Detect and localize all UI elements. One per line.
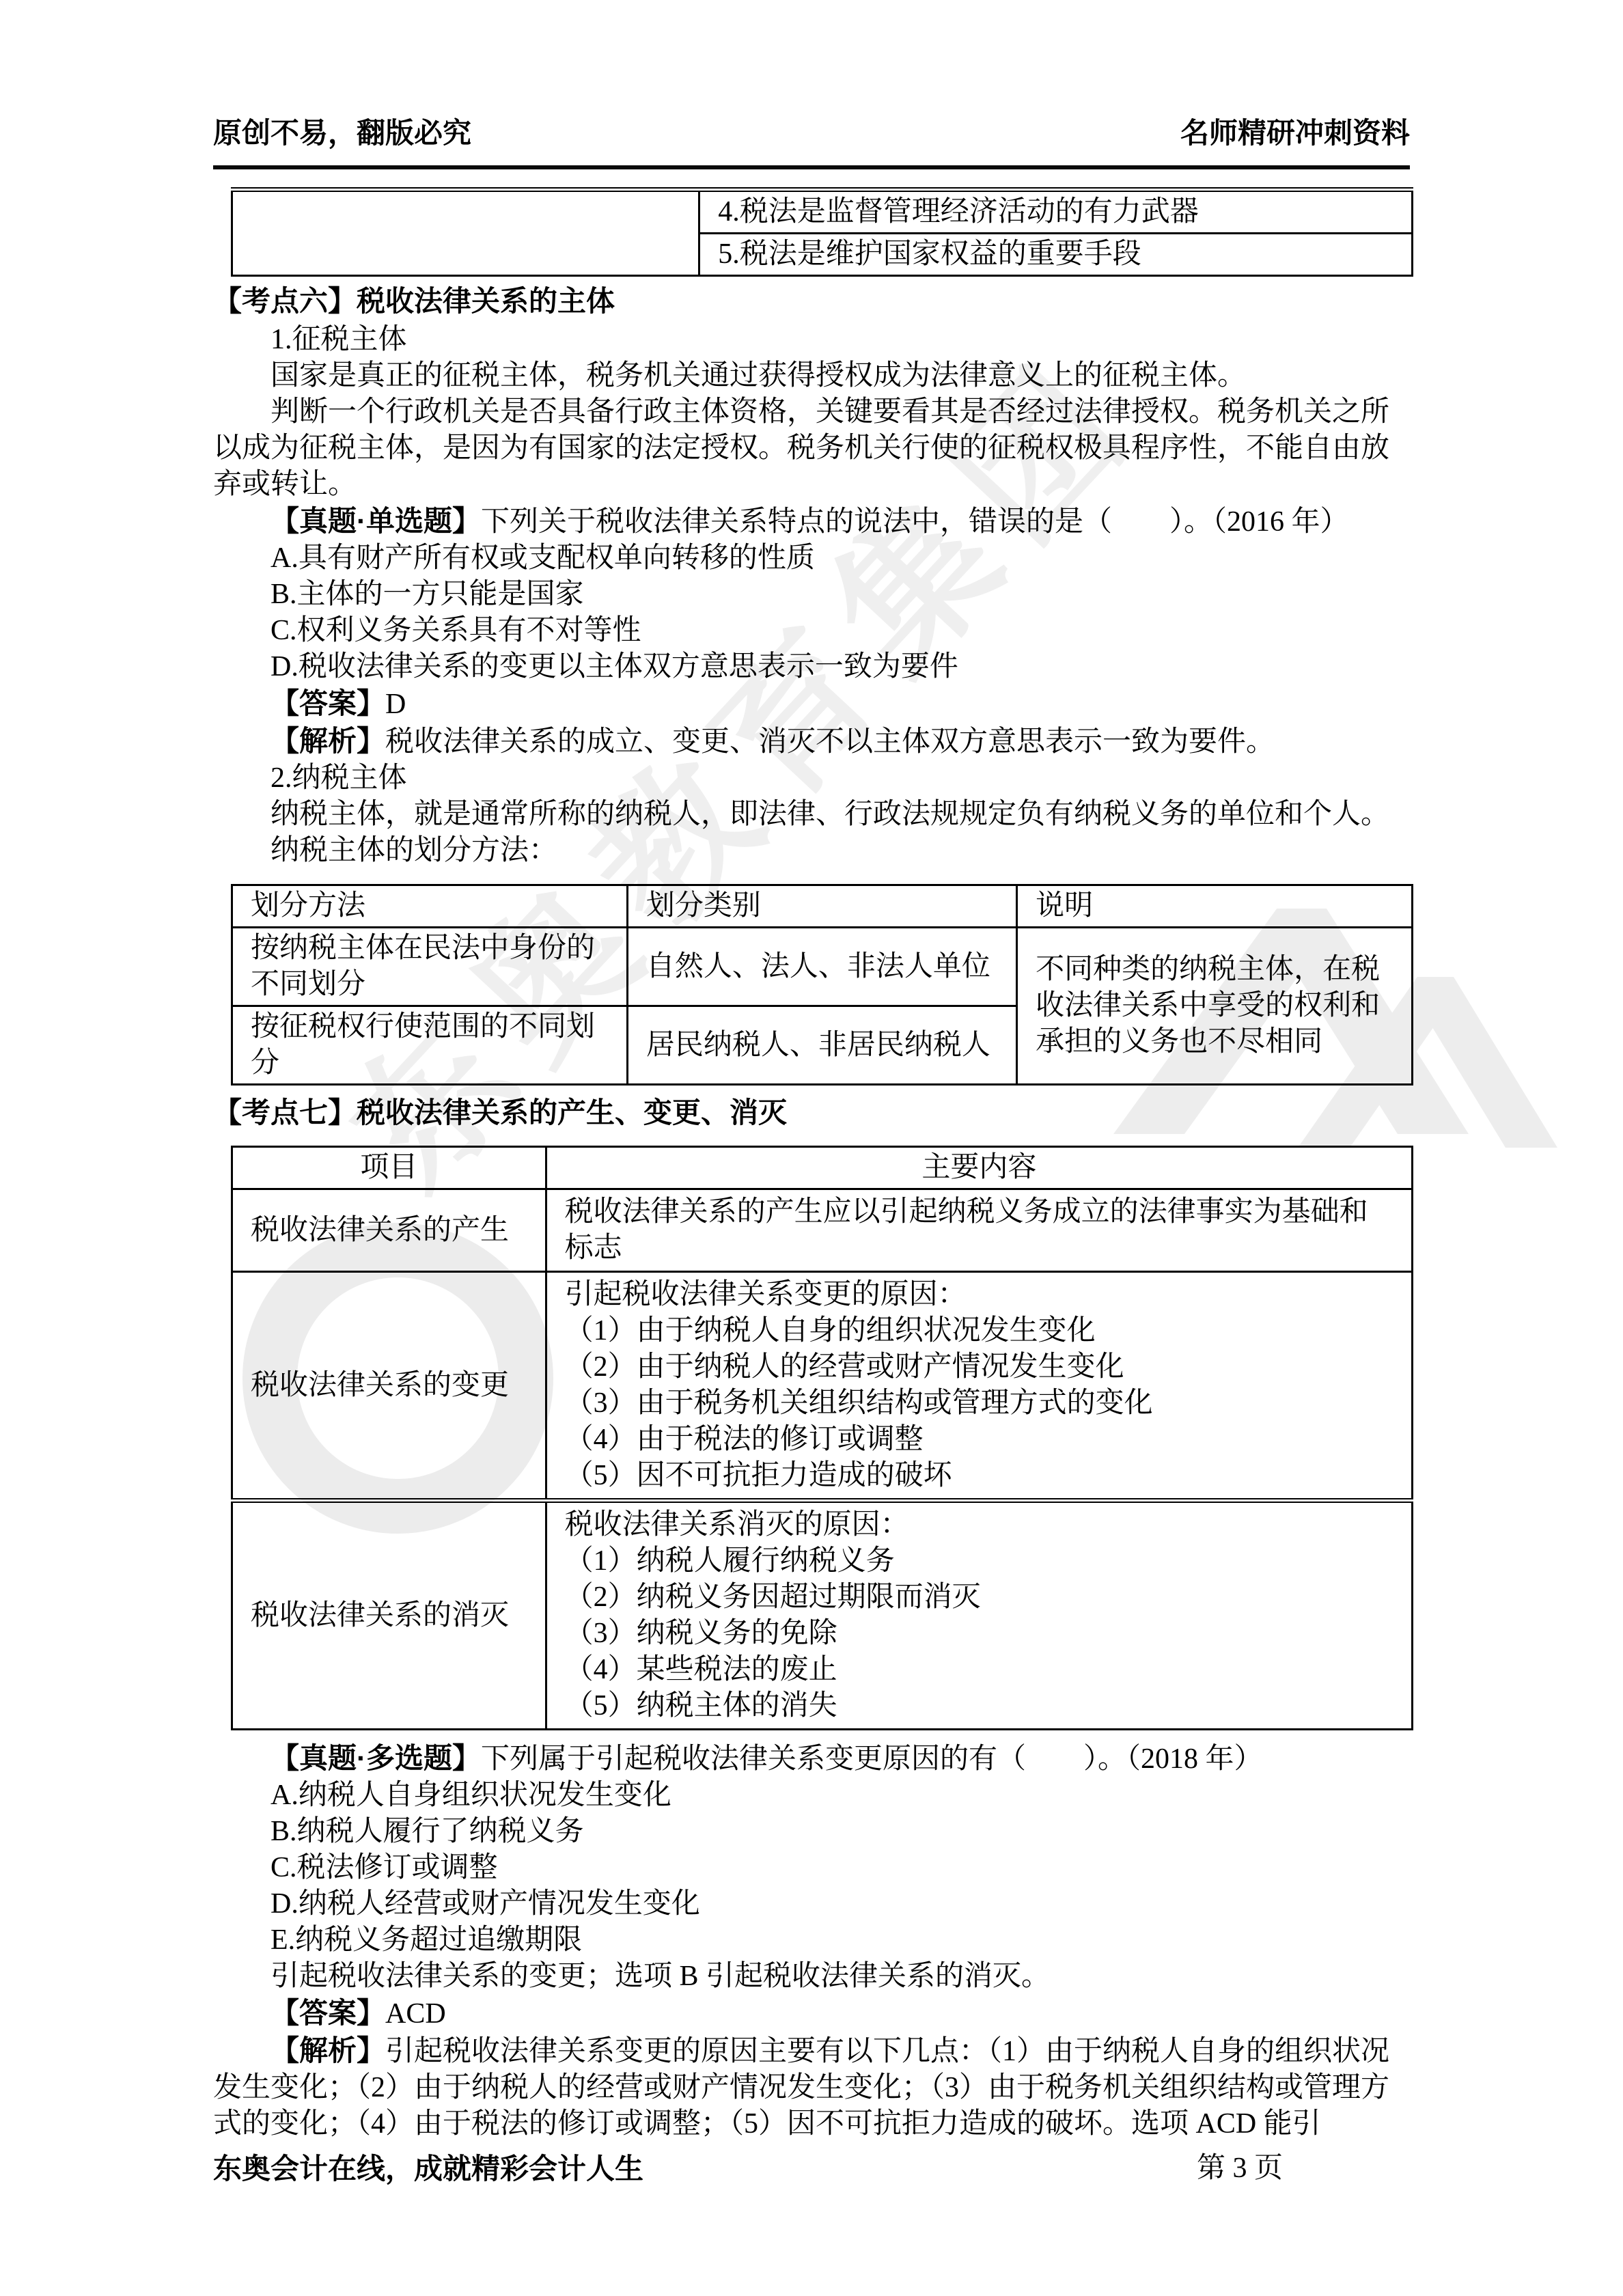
- question-single-choice: 【真题·单选题】下列关于税收法律关系特点的说法中，错误的是（ ）。（2016 年…: [213, 503, 1410, 540]
- option-a: A.具有财产所有权或支配权单向转移的性质: [213, 540, 1410, 577]
- analysis-text: 税收法律关系的成立、变更、消灭不以主体双方意思表示一致为要件。: [385, 726, 1275, 758]
- table-cell-content: 税收法律关系的产生应以引起纳税义务成立的法律事实为基础和标志: [546, 1189, 1412, 1272]
- table-cell: 4.税法是监督管理经济活动的有力武器: [699, 190, 1413, 234]
- table-cell-item: 税收法律关系的消灭: [232, 1501, 546, 1730]
- content-line: （1）由于纳税人自身的组织状况发生变化: [565, 1313, 1393, 1349]
- table-cell-content: 税收法律关系消灭的原因： （1）纳税人履行纳税义务 （2）纳税义务因超过期限而消…: [546, 1501, 1412, 1730]
- table-cell-category: 自然人、法人、非法人单位: [627, 928, 1016, 1006]
- question-label: 【真题·单选题】: [270, 505, 481, 537]
- question-label: 【真题·多选题】: [270, 1742, 481, 1774]
- note-line: 引起税收法律关系的变更；选项 B 引起税收法律关系的消灭。: [213, 1959, 1410, 1995]
- column-header: 项目: [232, 1147, 546, 1189]
- column-header: 划分类别: [627, 885, 1016, 928]
- column-header: 划分方法: [232, 885, 628, 928]
- table-row: 4.税法是监督管理经济活动的有力武器: [232, 190, 1413, 234]
- table-row-biangeng: 税收法律关系的变更 引起税收法律关系变更的原因： （1）由于纳税人自身的组织状况…: [232, 1272, 1413, 1501]
- question-text: 下列关于税收法律关系特点的说法中，错误的是（ ）。（2016 年）: [481, 506, 1349, 538]
- table-cell: 5.税法是维护国家权益的重要手段: [699, 234, 1413, 276]
- heading-kaodian-6: 【考点六】税收法律关系的主体: [213, 282, 1410, 320]
- content-line: （3）由于税务机关组织结构或管理方式的变化: [565, 1385, 1393, 1422]
- answer-line: 【答案】ACD: [213, 1995, 1410, 2032]
- paragraph: 纳税主体的划分方法：: [213, 833, 1410, 869]
- table-header-row: 划分方法 划分类别 说明: [232, 885, 1413, 928]
- paragraph: 纳税主体，就是通常所称的纳税人，即法律、行政法规规定负有纳税义务的单位和个人。: [213, 797, 1410, 833]
- table-cell-note: 不同种类的纳税主体，在税收法律关系中享受的权利和承担的义务也不尽相同: [1017, 928, 1413, 1085]
- carryover-table: 4.税法是监督管理经济活动的有力武器 5.税法是维护国家权益的重要手段: [231, 187, 1413, 277]
- content-line: 引起税收法律关系变更的原因：: [565, 1277, 1393, 1313]
- table-cell-method: 按征税权行使范围的不同划分: [232, 1006, 628, 1085]
- legal-relation-table: 项目 主要内容 税收法律关系的产生 税收法律关系的产生应以引起纳税义务成立的法律…: [231, 1146, 1413, 1730]
- option-b: B.纳税人履行了纳税义务: [213, 1814, 1410, 1850]
- analysis-line: 【解析】引起税收法律关系变更的原因主要有以下几点：（1）由于纳税人自身的组织状况…: [213, 2032, 1410, 2142]
- page-header: 原创不易，翻版必究 名师精研冲刺资料: [213, 115, 1410, 152]
- column-header: 主要内容: [546, 1147, 1412, 1189]
- analysis-text: 引起税收法律关系变更的原因主要有以下几点：（1）由于纳税人自身的组织状况发生变化…: [213, 2036, 1389, 2140]
- subheading-nashui: 2.纳税主体: [213, 760, 1410, 797]
- answer-value: ACD: [385, 1998, 446, 2030]
- option-d: D.纳税人经营或财产情况发生变化: [213, 1886, 1410, 1922]
- answer-value: D: [385, 689, 406, 720]
- content-line: （2）纳税义务因超过期限而消灭: [565, 1579, 1393, 1616]
- content-line: （1）纳税人履行纳税义务: [565, 1543, 1393, 1579]
- page-content: 原创不易，翻版必究 名师精研冲刺资料 4.税法是监督管理经济活动的有力武器 5.…: [0, 0, 1623, 2142]
- analysis-label: 【解析】: [270, 725, 385, 757]
- subheading-zhengshui: 1.征税主体: [213, 322, 1410, 358]
- column-header: 说明: [1017, 885, 1413, 928]
- analysis-label: 【解析】: [270, 2034, 385, 2066]
- content-line: （4）某些税法的废止: [565, 1652, 1393, 1688]
- table-row: 按纳税主体在民法中身份的不同划分 自然人、法人、非法人单位 不同种类的纳税主体，…: [232, 928, 1413, 1006]
- content-line: （4）由于税法的修订或调整: [565, 1422, 1393, 1458]
- table-row-xiaomie: 税收法律关系的消灭 税收法律关系消灭的原因： （1）纳税人履行纳税义务 （2）纳…: [232, 1501, 1413, 1730]
- question-text: 下列属于引起税收法律关系变更原因的有（ ）。（2018 年）: [481, 1743, 1263, 1775]
- table-cell-content: 引起税收法律关系变更的原因： （1）由于纳税人自身的组织状况发生变化 （2）由于…: [546, 1272, 1412, 1501]
- paragraph: 判断一个行政机关是否具备行政主体资格，关键要看其是否经过法律授权。税务机关之所以…: [213, 394, 1410, 503]
- option-c: C.权利义务关系具有不对等性: [213, 613, 1410, 649]
- header-left-text: 原创不易，翻版必究: [213, 115, 471, 152]
- content-line: 税收法律关系消灭的原因：: [565, 1507, 1393, 1543]
- content-line: （3）纳税义务的免除: [565, 1616, 1393, 1652]
- analysis-line: 【解析】税收法律关系的成立、变更、消灭不以主体双方意思表示一致为要件。: [213, 723, 1410, 760]
- option-b: B.主体的一方只能是国家: [213, 577, 1410, 613]
- paragraph: 国家是真正的征税主体，税务机关通过获得授权成为法律意义上的征税主体。: [213, 358, 1410, 394]
- table-cell-item: 税收法律关系的变更: [232, 1272, 546, 1501]
- footer-page-number: 第 3 页: [1197, 2150, 1283, 2187]
- table-header-row: 项目 主要内容: [232, 1147, 1413, 1189]
- table-cell-item: 税收法律关系的产生: [232, 1189, 546, 1272]
- taxpayer-classification-table: 划分方法 划分类别 说明 按纳税主体在民法中身份的不同划分 自然人、法人、非法人…: [231, 884, 1413, 1085]
- document-page: 东奥教育集团 原创不易，翻版必究 名师精研冲刺资料 4.税法是监督管理经济活动的…: [0, 0, 1623, 2296]
- heading-kaodian-7: 【考点七】税收法律关系的产生、变更、消灭: [213, 1094, 1410, 1132]
- option-e: E.纳税义务超过追缴期限: [213, 1922, 1410, 1959]
- content-line: （5）因不可抗拒力造成的破坏: [565, 1458, 1393, 1494]
- answer-label: 【答案】: [270, 687, 385, 719]
- table-row-chansheng: 税收法律关系的产生 税收法律关系的产生应以引起纳税义务成立的法律事实为基础和标志: [232, 1189, 1413, 1272]
- content-line: 税收法律关系的产生应以引起纳税义务成立的法律事实为基础和标志: [565, 1194, 1393, 1267]
- content-line: （2）由于纳税人的经营或财产情况发生变化: [565, 1349, 1393, 1385]
- answer-label: 【答案】: [270, 1997, 385, 2029]
- table-cell-method: 按纳税主体在民法中身份的不同划分: [232, 928, 628, 1006]
- option-a: A.纳税人自身组织状况发生变化: [213, 1778, 1410, 1814]
- header-rule: [213, 165, 1410, 169]
- option-d: D.税收法律关系的变更以主体双方意思表示一致为要件: [213, 649, 1410, 685]
- page-footer: 东奥会计在线，成就精彩会计人生 第 3 页: [213, 2150, 1410, 2189]
- table-cell-category: 居民纳税人、非居民纳税人: [627, 1006, 1016, 1085]
- carryover-empty-cell: [232, 190, 699, 276]
- footer-slogan: 东奥会计在线，成就精彩会计人生: [213, 2150, 643, 2187]
- answer-line: 【答案】D: [213, 685, 1410, 723]
- content-line: （5）纳税主体的消失: [565, 1688, 1393, 1724]
- option-c: C.税法修订或调整: [213, 1850, 1410, 1886]
- header-right-text: 名师精研冲刺资料: [1180, 115, 1410, 152]
- question-multi-choice: 【真题·多选题】下列属于引起税收法律关系变更原因的有（ ）。（2018 年）: [213, 1740, 1410, 1778]
